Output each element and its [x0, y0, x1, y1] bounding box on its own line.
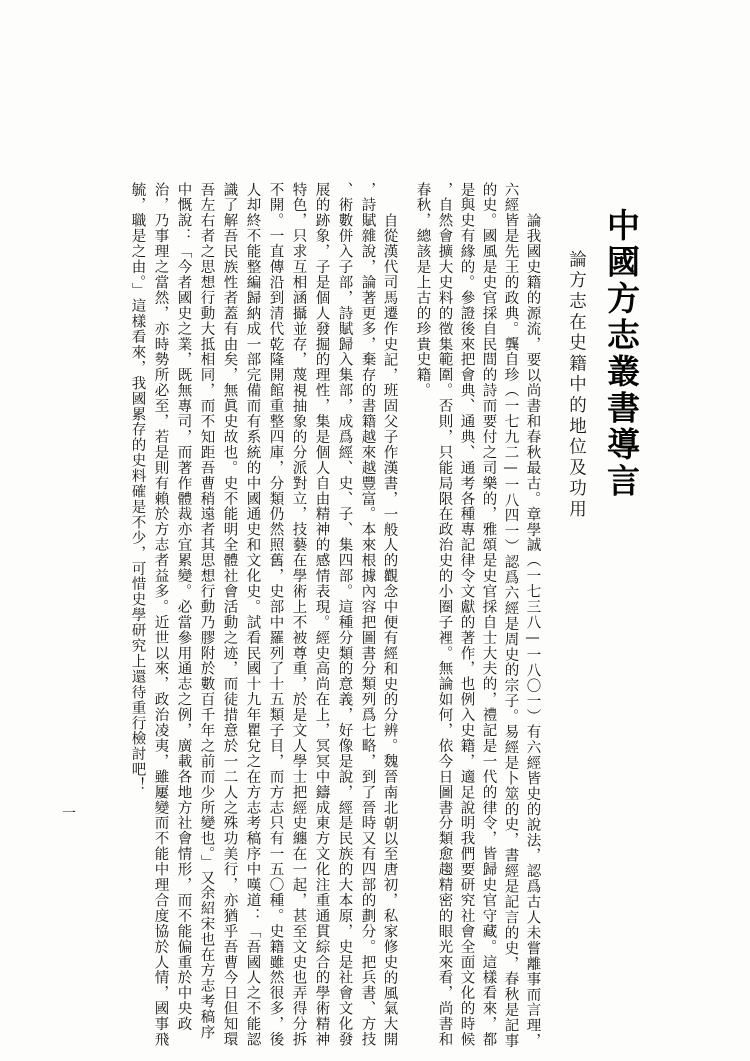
text-column: 吾左右者之思想行動大抵相同，而不知距吾曹稍遠者其思想行動乃膠附於數百千年之前而少… [199, 182, 214, 1040]
page-number: 一 [62, 803, 76, 823]
text-column: 特色，只求互相涵攝並存，蔑視抽象的分派對立，技藝在學術上不被尊重，於是文人學士把… [291, 182, 306, 1047]
text-column: 的史。國風是史官採自民間的詩而要付之司樂的，雅頌是史官採自士大夫的，禮記是一代的… [481, 182, 496, 1047]
text-column: 毓，職是之由。」這樣看來，我國累存的史料確是不少，可惜史學研究上還待重行檢討吧！ [130, 182, 145, 793]
text-column: 自從漢代司馬遷作史記，班固父子作漢書，一般人的觀念中便有經和史的分辨。魏晉南北朝… [382, 213, 397, 1047]
text-column: ，自然會擴大史料的徵集範圍。否則，只能局限在政治史的小圈子裡。無論如何，依今日圖… [437, 182, 452, 1047]
text-column: 治，乃事理之當然，亦時勢所必至，若是則有賴於方志者益多。近世以來，政治凌夷，雖屢… [153, 182, 168, 1047]
text-column: 展的跡象，子是個人發掘的理性，集是個人自由精神的感情表現。經史高尚在上，冥冥中鑄… [314, 182, 329, 1047]
scanned-page: 中國方志叢書導言 論方志在史籍中的地位及功用 論我國史籍的源流，要以尚書和春秋最… [0, 0, 750, 1061]
text-column: 中慨說：「今者國史之業，既無專司，而著作體裁亦宜累變。必當參用通志之例，廣載各地… [176, 182, 191, 1032]
text-column: 論我國史籍的源流，要以尚書和春秋最古。章學誠（一七三八—一八〇一）有六經皆史的說… [525, 213, 540, 1049]
page-title: 中國方志叢書導言 [605, 208, 638, 500]
text-column: 是與史有緣的。參證後來把會典、通典、通考各種專記律令文獻的著作，也例入史籍，適足… [459, 182, 474, 1047]
page-subtitle: 論方志在史籍中的地位及功用 [567, 250, 585, 520]
text-column: 識了解吾民族性者蓋有由矣，無眞史故也。史不能明全體社會活動之迹，而徒措意於一二人… [222, 182, 237, 1047]
text-column: 春秋，總該是上古的珍貴史籍。 [415, 182, 430, 398]
text-column: 人却終不能整編歸納成一部完備而有系統的中國通史和文化史。試看民國十九年瞿兌之在方… [245, 182, 260, 1047]
text-column: 、術數併入子部，詩賦歸入集部，成爲經、史、子、集四部。這種分類的意義，好像是說，… [337, 182, 352, 1047]
text-column: 不開。一直傳沿到清代乾隆開館重整四庫，分類仍然照舊，史部中羅列了十五類子目，而方… [268, 182, 283, 1047]
text-column: ，詩賦雜說，論著更多，棄存的書籍越來越豐富。本來根據內容把圖書分類列爲七略，到了… [360, 182, 375, 1047]
text-column: 六經皆是先王的政典。龔自珍（一七九二—一八四一）認爲六經是周史的宗子。易經是卜筮… [503, 182, 518, 1049]
